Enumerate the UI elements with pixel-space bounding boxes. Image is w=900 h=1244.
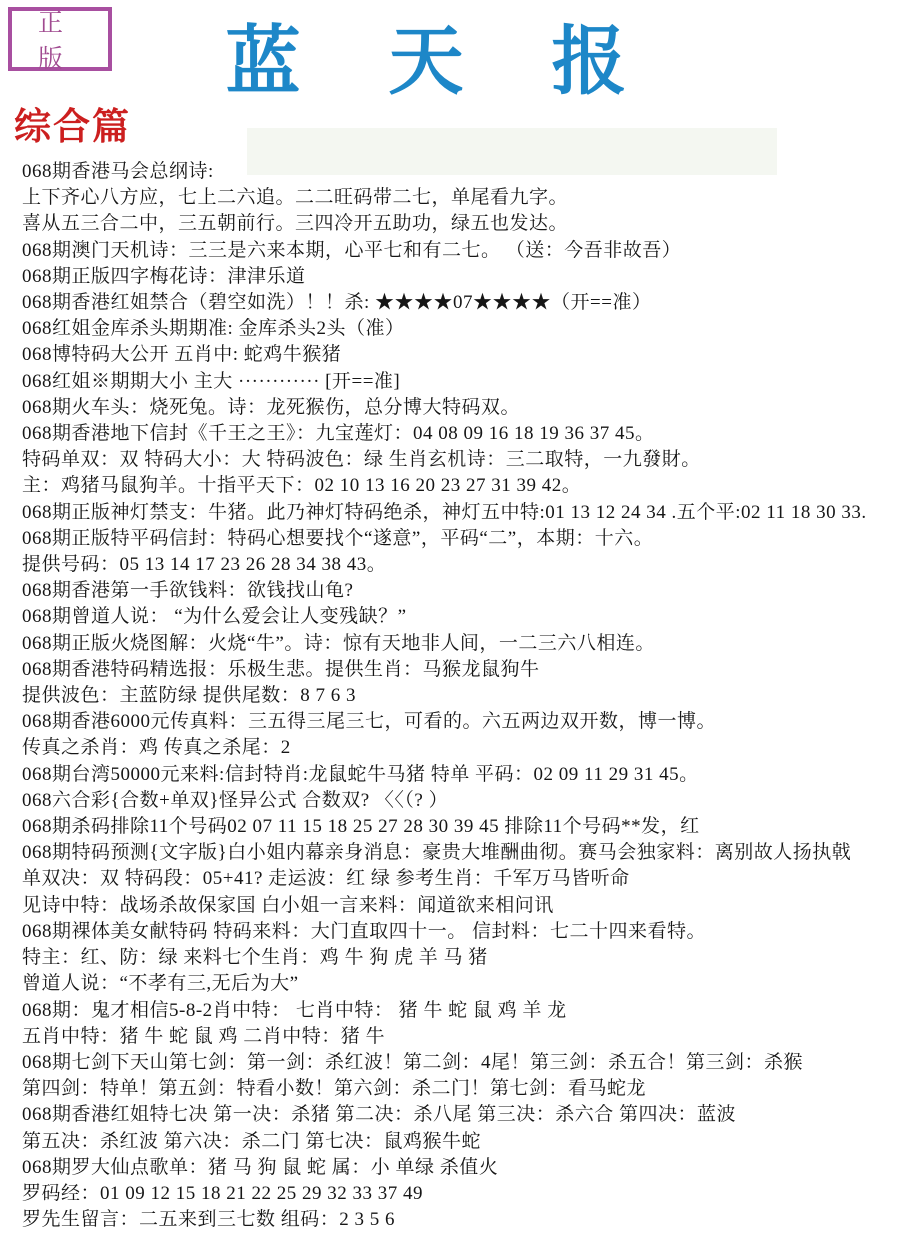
text-line: 068期罗大仙点歌单：猪 马 狗 鼠 蛇 属：小 单绿 杀值火: [22, 1155, 898, 1181]
text-line: 068期杀码排除11个号码02 07 11 15 18 25 27 28 30 …: [22, 814, 898, 840]
text-line: 单双决：双 特码段：05+41? 走运波：红 绿 参考生肖：千军万马皆听命: [22, 866, 898, 892]
text-line: 喜从五三合二中，三五朝前行。三四冷开五助功，绿五也发达。: [22, 211, 898, 237]
text-line: 068期正版神灯禁支：牛猪。此乃神灯特码绝杀，神灯五中特:01 13 12 24…: [22, 500, 898, 526]
text-line: 提供波色：主蓝防绿 提供尾数：8 7 6 3: [22, 683, 898, 709]
text-line: 传真之杀肖：鸡 传真之杀尾：2: [22, 735, 898, 761]
text-line: 五肖中特：猪 牛 蛇 鼠 鸡 二肖中特：猪 牛: [22, 1024, 898, 1050]
text-line: 068期裸体美女献特码 特码来料：大门直取四十一。 信封料：七二十四来看特。: [22, 919, 898, 945]
body-lines: 068期香港马会总纲诗:上下齐心八方应，七上二六追。二二旺码带二七，单尾看九字。…: [22, 159, 898, 1233]
text-line: 068期特码预测{文字版}白小姐内幕亲身消息：豪贵大堆酬曲彻。赛马会独家料：离别…: [22, 840, 898, 866]
text-line: 068红姐金库杀头期期准: 金库杀头2头（准）: [22, 316, 898, 342]
section-heading: 综合篇: [14, 96, 131, 150]
text-line: 068期香港红姐禁合（碧空如洗）！！杀: ★★★★07★★★★（开==准）: [22, 290, 898, 316]
text-line: 068期台湾50000元来料:信封特肖:龙鼠蛇牛马猪 特单 平码：02 09 1…: [22, 762, 898, 788]
text-line: 068期香港特码精选报：乐极生悲。提供生肖：马猴龙鼠狗牛: [22, 657, 898, 683]
page-title: 蓝天报: [0, 18, 900, 108]
text-line: 见诗中特：战场杀故保家国 白小姐一言来料：闻道欲来相问讯: [22, 893, 898, 919]
text-line: 068期香港第一手欲钱料：欲钱找山龟?: [22, 578, 898, 604]
text-line: 068期正版四字梅花诗：津津乐道: [22, 264, 898, 290]
text-line: 068期：鬼才相信5-8-2肖中特： 七肖中特： 猪 牛 蛇 鼠 鸡 羊 龙: [22, 998, 898, 1024]
text-line: 068六合彩{合数+单双}怪异公式 合数双? 〈〈（? ）: [22, 788, 898, 814]
text-line: 特码单双：双 特码大小：大 特码波色：绿 生肖玄机诗：三二取特，一九發財。: [22, 447, 898, 473]
text-line: 068期香港6000元传真料：三五得三尾三七，可看的。六五两边双开数，博一博。: [22, 709, 898, 735]
text-line: 068红姐※期期大小 主大 ············ [开==准]: [22, 369, 898, 395]
text-line: 068期正版火烧图解：火烧“牛”。诗：惊有天地非人间，一二三六八相连。: [22, 631, 898, 657]
text-line: 特主：红、防：绿 来料七个生肖：鸡 牛 狗 虎 羊 马 猪: [22, 945, 898, 971]
text-line: 068期香港马会总纲诗:: [22, 159, 898, 185]
text-line: 第四剑：特单！第五剑：特看小数！第六剑：杀二门！第七剑：看马蛇龙: [22, 1076, 898, 1102]
text-line: 曾道人说：“不孝有三,无后为大”: [22, 971, 898, 997]
text-line: 上下齐心八方应，七上二六追。二二旺码带二七，单尾看九字。: [22, 185, 898, 211]
text-line: 068期正版特平码信封：特码心想要找个“遂意”，平码“二”，本期：十六。: [22, 526, 898, 552]
text-line: 068期火车头：烧死兔。诗：龙死猴伤，总分博大特码双。: [22, 395, 898, 421]
text-line: 068博特码大公开 五肖中: 蛇鸡牛猴猪: [22, 342, 898, 368]
text-line: 主：鸡猪马鼠狗羊。十指平天下：02 10 13 16 20 23 27 31 3…: [22, 473, 898, 499]
text-line: 罗码经：01 09 12 15 18 21 22 25 29 32 33 37 …: [22, 1181, 898, 1207]
text-line: 068期香港红姐特七决 第一决：杀猪 第二决：杀八尾 第三决：杀六合 第四决：蓝…: [22, 1102, 898, 1128]
text-line: 第五决：杀红波 第六决：杀二门 第七决：鼠鸡猴牛蛇: [22, 1129, 898, 1155]
newspaper-page: 正版 蓝天报 综合篇 068期香港马会总纲诗:上下齐心八方应，七上二六追。二二旺…: [0, 0, 900, 1244]
text-line: 罗先生留言：二五来到三七数 组码：2 3 5 6: [22, 1207, 898, 1233]
text-line: 068期澳门天机诗：三三是六来本期，心平七和有二七。 （送：今吾非故吾）: [22, 238, 898, 264]
text-line: 068期香港地下信封《千王之王》：九宝莲灯：04 08 09 16 18 19 …: [22, 421, 898, 447]
text-line: 068期七剑下天山第七剑：第一剑：杀红波！第二剑：4尾！第三剑：杀五合！第三剑：…: [22, 1050, 898, 1076]
text-line: 068期曾道人说： “为什么爱会让人变残缺？”: [22, 604, 898, 630]
text-line: 提供号码：05 13 14 17 23 26 28 34 38 43。: [22, 552, 898, 578]
